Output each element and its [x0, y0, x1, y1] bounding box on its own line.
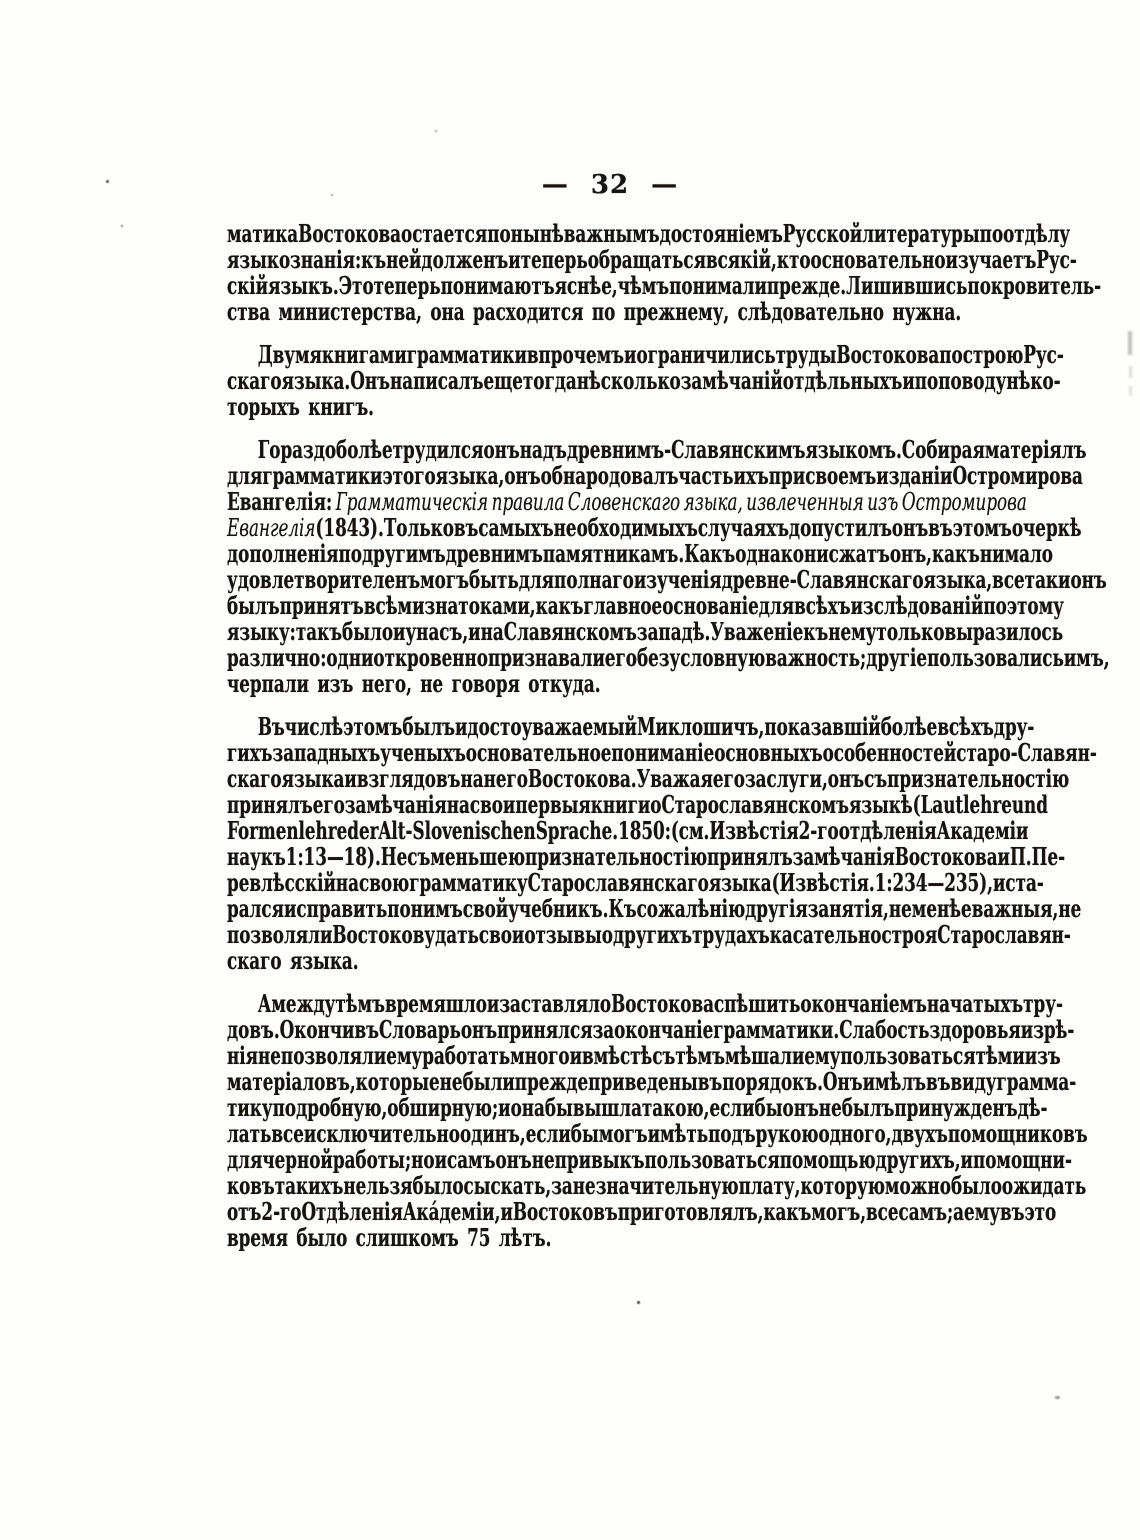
edge-smudge	[1128, 331, 1132, 355]
word: пользовались	[927, 643, 1064, 672]
word: (Извѣстія.	[772, 868, 875, 897]
word: не	[532, 1145, 555, 1174]
word: время	[227, 1223, 288, 1252]
word: какъ	[536, 591, 584, 620]
word: ни	[980, 539, 1005, 568]
word: имѣть	[648, 1119, 709, 1148]
word: учебникъ.	[508, 894, 608, 923]
word: еще	[483, 366, 522, 395]
word: отзывы	[524, 920, 601, 949]
word: онъ	[483, 435, 519, 464]
word: онъ	[828, 764, 864, 793]
word: впрочемъ	[527, 340, 624, 369]
paragraph: матикаВостоковаостаетсяпонынѣважнымъдост…	[227, 219, 1027, 323]
word: матеріаловъ,	[227, 1067, 356, 1096]
text-line: скагоязыкаивзглядовънанегоВостокова.Уваж…	[227, 764, 1027, 790]
word: грамматики.	[713, 1015, 839, 1044]
word: его	[713, 764, 745, 793]
word: черной	[262, 1145, 332, 1174]
word: грамма-	[996, 1067, 1076, 1096]
word: принялся	[497, 1015, 592, 1044]
word: особенностей	[823, 738, 957, 767]
word: позволяли	[227, 920, 332, 949]
word: Словарь	[379, 1015, 461, 1044]
word: Въ	[258, 712, 285, 741]
word: мало	[1005, 539, 1053, 568]
word: по	[983, 591, 1006, 620]
word: и	[455, 712, 467, 741]
word: плату,	[739, 1171, 801, 1200]
text-line: матеріаловъ,которыенебылипреждеприведены…	[227, 1067, 1027, 1093]
word: А	[258, 989, 272, 1018]
word: дополненія	[227, 539, 339, 568]
word: числѣ	[285, 712, 343, 741]
word: одного,	[818, 1119, 891, 1148]
word: ней	[386, 245, 421, 274]
paragraph: Гораздоболѣетрудилсяонънадъдревнимъ-Слав…	[227, 435, 1027, 695]
word: и	[393, 617, 405, 646]
word: подъ	[708, 1119, 755, 1148]
word: было	[413, 1171, 464, 1200]
word: и	[498, 1093, 510, 1122]
word: все	[866, 1197, 899, 1226]
word: 1	[286, 842, 298, 871]
word: него,	[362, 669, 412, 698]
word: прежнему,	[624, 297, 730, 326]
word: грамматики	[262, 461, 382, 490]
text-line: наукъ1:13—18).Несъменьшеюпризнательності…	[227, 842, 1027, 868]
word: могъ	[420, 565, 469, 594]
word: на	[460, 764, 483, 793]
text-line: длячернойработы;ноисамъонънепривыкъпольз…	[227, 1145, 1027, 1171]
word: Извѣстія	[709, 816, 798, 845]
word: съ	[864, 764, 887, 793]
word: тѣми	[976, 1041, 1025, 1070]
word: спѣшить	[714, 989, 800, 1018]
word: и	[487, 989, 499, 1018]
word: и	[902, 366, 914, 395]
text-line: скагоязыка.Онънаписалъещетогданѣсколькоз…	[227, 366, 1027, 392]
word: но	[411, 1145, 434, 1174]
word: говоря	[452, 669, 520, 698]
word: основательное	[466, 738, 612, 767]
word: Двумя	[258, 340, 322, 369]
word: Востокову	[332, 920, 435, 949]
word: языкъ.	[268, 271, 339, 300]
word: Гораздо	[258, 435, 336, 464]
word: помощниковъ	[948, 1119, 1088, 1148]
word: Старославянскомъ	[661, 790, 848, 819]
word: принялъ	[227, 790, 313, 819]
word: онъ	[495, 1145, 531, 1174]
ink-speck	[106, 180, 109, 183]
word: было	[296, 1223, 347, 1252]
word: матеріялъ	[985, 435, 1087, 464]
word: скій	[227, 271, 268, 300]
word: безусловную	[637, 643, 765, 672]
word: начатыхъ	[927, 989, 1023, 1018]
word: этого	[382, 461, 435, 490]
word: западѣ.	[637, 617, 710, 646]
word: (1843).	[316, 513, 384, 542]
word: откуда.	[528, 669, 600, 698]
word: за	[551, 1171, 573, 1200]
word: подробную,	[273, 1093, 388, 1122]
word: покровитель-	[967, 271, 1101, 300]
word: заставляло	[499, 989, 611, 1018]
word: мѣшали	[725, 1041, 804, 1070]
word: другихъ,	[876, 1145, 961, 1174]
word: очеркѣ	[1012, 513, 1082, 542]
word: ему	[804, 1041, 840, 1070]
word: его	[313, 790, 345, 819]
word: между	[271, 989, 335, 1018]
word: и	[500, 1197, 512, 1226]
word: если	[526, 1119, 571, 1148]
word: Какъ	[684, 539, 735, 568]
word: западныхъ	[273, 738, 381, 767]
word: помощью	[780, 1145, 876, 1174]
word: пониманіе	[611, 738, 714, 767]
word: замѣчанія	[345, 790, 447, 819]
word: въ	[454, 513, 478, 542]
word: которую	[800, 1171, 884, 1200]
word: можно	[885, 1171, 951, 1200]
word: ему	[964, 1197, 1000, 1226]
ink-speck	[637, 1301, 640, 1304]
word: Старославян-	[937, 920, 1071, 949]
word: наукъ	[227, 842, 286, 871]
word: замѣчаній	[681, 366, 783, 395]
word: Востоковъ	[513, 1197, 618, 1226]
word: сожалѣнію	[637, 894, 746, 923]
word: бы	[571, 1119, 599, 1148]
text-line: позволялиВостоковудатьсвоиотзывыодругихъ…	[227, 920, 1027, 946]
word: другимъ	[362, 539, 446, 568]
word: по	[915, 366, 938, 395]
word: гихъ	[227, 738, 273, 767]
word: книгами	[322, 340, 407, 369]
word: надъ	[520, 435, 567, 464]
text-line: былъпринятъвсѣмизнатоками,какъглавноеосн…	[227, 591, 1027, 617]
word: нія	[227, 1041, 258, 1070]
word: Евангелія:	[227, 487, 332, 516]
paragraph: ВъчислѣэтомъбылъидостоуважаемыйМиклошичъ…	[227, 712, 1027, 972]
word: тѣмъ	[675, 1041, 725, 1070]
text-line: Гораздоболѣетрудилсяонънадъдревнимъ-Слав…	[227, 435, 1027, 461]
word: обнародовалъ	[541, 461, 679, 490]
word: изслѣдованій	[851, 591, 984, 620]
word: имъ,	[1064, 643, 1110, 672]
word: принялъ	[707, 842, 793, 871]
word: по	[487, 219, 510, 248]
text-line: времябылослишкомъ75лѣтъ.	[227, 1223, 1027, 1249]
text-line: стваминистерства,онарасходитсяпопрежнему…	[227, 297, 1027, 323]
word: —	[327, 842, 344, 871]
word: нѣсколько	[577, 366, 681, 395]
word: яснѣе,	[555, 271, 618, 300]
word: Отдѣленія	[301, 1197, 402, 1226]
word: къ	[361, 245, 386, 274]
page-number: — 32 —	[210, 170, 1010, 196]
word: и	[435, 1145, 447, 1174]
word: занятія,	[808, 894, 889, 923]
word: которые	[356, 1067, 440, 1096]
word: одинъ,	[460, 1119, 526, 1148]
text-line: Евангелія(1843).Тольковъсамыхънеобходимы…	[227, 513, 1027, 539]
text-line: латьвсеисключительноодинъ,еслибымогъимѣт…	[227, 1119, 1027, 1145]
word: и	[993, 868, 1005, 897]
word: грамматики	[407, 340, 527, 369]
word: не	[258, 1041, 281, 1070]
word: бы	[755, 1093, 783, 1122]
word: 13	[304, 842, 327, 871]
word: довъ.	[227, 1015, 280, 1044]
word: не	[889, 894, 912, 923]
word: древнимъ	[446, 539, 543, 568]
word: этомъ	[953, 513, 1012, 542]
word: важныя,	[972, 894, 1059, 923]
word: книгъ.	[308, 392, 374, 421]
word: Востокова	[836, 340, 939, 369]
word: другія	[745, 894, 808, 923]
word: понимаютъ	[441, 271, 555, 300]
word: взглядовъ	[357, 764, 461, 793]
word: по	[939, 340, 962, 369]
paragraph: АмеждутѣмъвремяшлоизаставлялоВостоковасп…	[227, 989, 1027, 1249]
word: достоуважаемый	[467, 712, 637, 741]
text-line: удовлетворителенъмогъбытьдляполнагоизуче…	[227, 565, 1027, 591]
word: болѣе	[881, 712, 938, 741]
word: скаго	[227, 366, 282, 395]
word: всѣхъ	[937, 712, 993, 741]
word: долженъ	[421, 245, 508, 274]
word: изъ	[317, 669, 353, 698]
word: здоровья	[929, 1015, 1020, 1044]
text-line: торыхъкнигъ.	[227, 392, 1027, 418]
word: виду	[951, 1067, 997, 1096]
text-line: тикуподробную,обширную;ионабывышлатакою,…	[227, 1093, 1027, 1119]
word: было	[342, 617, 393, 646]
word: тѣмъ	[335, 989, 385, 1018]
text-line: ревлѣсскійнасвоюграмматикуСтарославянска…	[227, 868, 1027, 894]
word: Уважая	[637, 764, 713, 793]
word: принятъ	[280, 591, 364, 620]
word: торыхъ	[227, 392, 300, 421]
word: были	[463, 1067, 515, 1096]
word: ограничились	[636, 340, 775, 369]
word: его	[605, 643, 637, 672]
word: Слабость	[839, 1015, 929, 1044]
word: откровенно	[373, 643, 488, 672]
word: расходится	[473, 297, 583, 326]
word: могъ,	[811, 1197, 866, 1226]
word: заслуги,	[745, 764, 828, 793]
word: Онъ	[350, 366, 390, 395]
ink-speck	[121, 225, 123, 227]
word: Миклошичъ,	[637, 712, 764, 741]
word: о	[650, 790, 661, 819]
word: древнимъ-Славянскимъ	[567, 435, 806, 464]
text-block: матикаВостоковаостаетсяпонынѣважнымъдост…	[227, 219, 1027, 1249]
word: по	[387, 894, 410, 923]
word: скаго	[227, 764, 282, 793]
word: изданіи	[876, 461, 952, 490]
word: и	[961, 1145, 973, 1174]
word: дру-	[994, 712, 1035, 741]
word: лать	[227, 1119, 271, 1148]
edge-smudge	[1129, 366, 1132, 378]
word: приготовлялъ,	[618, 1197, 764, 1226]
word: Остромирова	[952, 461, 1082, 490]
word: онъ	[461, 1015, 497, 1044]
word: Окончивъ	[280, 1015, 379, 1044]
word: тику	[227, 1093, 273, 1122]
word: Не	[381, 842, 407, 871]
word: трудахъ	[692, 920, 770, 949]
word: П.	[1010, 842, 1032, 871]
word: 2-го	[261, 1197, 301, 1226]
word: работы;	[333, 1145, 411, 1174]
word: Собирая	[902, 435, 985, 464]
word: и	[1021, 1015, 1033, 1044]
word: какъ	[932, 539, 980, 568]
text-line: дляграмматикиэтогоязыка,онъобнародовалъч…	[227, 461, 1027, 487]
word: языка.	[290, 946, 359, 975]
word: этому	[1007, 591, 1064, 620]
word: не	[819, 1093, 842, 1122]
word: необходимыхъ	[554, 513, 698, 542]
word: и	[570, 1041, 582, 1070]
word: Русской	[783, 219, 862, 248]
word: самъ	[447, 1145, 495, 1174]
word: было	[951, 1171, 1002, 1200]
word: языкѣ	[849, 790, 913, 819]
word: черпали	[227, 669, 309, 698]
ink-speck	[1055, 1396, 1060, 1399]
word: старо-Славян-	[956, 738, 1097, 767]
word: а	[953, 1197, 964, 1226]
word: былъ	[402, 712, 455, 741]
word: бы	[545, 1093, 573, 1122]
word: книги	[591, 790, 650, 819]
word: самыхъ	[478, 513, 553, 542]
word: одни	[326, 643, 373, 672]
word: 1850:	[618, 816, 671, 845]
text-line: ВъчислѣэтомъбылъидостоуважаемыйМиклошичъ…	[227, 712, 1027, 738]
word: шло	[446, 989, 487, 1018]
word-italic: языка,	[684, 488, 743, 516]
word: основаніе	[662, 591, 759, 620]
word: нельзя	[343, 1171, 412, 1200]
word: 2-го	[799, 816, 839, 845]
word: Пе-	[1032, 842, 1065, 871]
word: обширную;	[387, 1093, 498, 1122]
word: важность;	[765, 643, 866, 672]
word: и	[344, 764, 356, 793]
text-line: АмеждутѣмъвремяшлоизаставлялоВостоковасп…	[227, 989, 1027, 1015]
word: свою	[359, 868, 409, 897]
word: быть	[469, 565, 519, 594]
word: только	[876, 617, 944, 646]
word: Это	[339, 271, 374, 300]
word: она	[511, 1093, 545, 1122]
word: Востокова	[298, 219, 401, 248]
word: въ	[1000, 1197, 1024, 1226]
word: грамматику	[409, 868, 527, 897]
word: помощни-	[973, 1145, 1072, 1174]
text-line: ковътакихънельзябылосыскать,занезначител…	[227, 1171, 1027, 1197]
text-line: принялъегозамѣчаніянасвоипервыякнигиоСта…	[227, 790, 1027, 816]
word: тру-	[1023, 989, 1063, 1018]
text-line: ніянепозволялиемуработатьмногоивмѣстѣсът…	[227, 1041, 1027, 1067]
word: другіе	[866, 643, 927, 672]
word: и	[508, 245, 520, 274]
word: обращаться	[588, 245, 706, 274]
word: своемъ	[805, 461, 876, 490]
word: нужна.	[892, 297, 961, 326]
word: замѣчанія	[793, 842, 895, 871]
word: слѣдовательно	[738, 297, 884, 326]
word: Славянскомъ	[504, 617, 637, 646]
word: къ	[803, 617, 828, 646]
word: и	[468, 617, 480, 646]
word: по	[339, 539, 362, 568]
word: вмѣстѣ	[582, 1041, 652, 1070]
word: нимъ	[411, 894, 463, 923]
word: сыскать,	[463, 1171, 551, 1200]
word: ковъ	[227, 1171, 275, 1200]
word: былъ	[227, 591, 280, 620]
word: исключительно	[304, 1119, 460, 1148]
word: памятникамъ.	[543, 539, 684, 568]
text-line: ралсяисправитьпонимъсвойучебникъ.Късожал…	[227, 894, 1027, 920]
word: Старославянскаго	[528, 868, 709, 897]
word: если	[709, 1093, 754, 1122]
word: изъ	[1025, 1041, 1061, 1070]
word: 18).	[344, 842, 381, 871]
word: онъ	[504, 461, 540, 490]
word: ревлѣсскій	[227, 868, 336, 897]
word: ства	[227, 297, 270, 326]
word: рался	[227, 894, 284, 923]
word: слишкомъ	[356, 1223, 459, 1252]
word: по	[980, 219, 1003, 248]
text-line: довъ.ОкончивъСловарьонъпринялсязаокончан…	[227, 1015, 1027, 1041]
word: (см.	[671, 816, 710, 845]
word: всякій,	[706, 245, 777, 274]
word: древне-Славянскаго	[722, 565, 924, 594]
word: ста-	[1005, 868, 1043, 897]
word: языкомъ.	[805, 435, 901, 464]
text-line: FormenlehrederAlt-SlovenischenSprache.18…	[227, 816, 1027, 842]
word: съ	[407, 842, 430, 871]
word-italic: извлеченныя	[746, 488, 863, 516]
word: привыкъ	[555, 1145, 645, 1174]
word: чѣмъ	[618, 271, 669, 300]
word: языка.	[282, 366, 351, 395]
word-italic: Грамматическія	[336, 488, 488, 516]
word: нѣко-	[1006, 366, 1060, 395]
word: признавали	[488, 643, 605, 672]
word: ученыхъ	[380, 738, 466, 767]
word: языку:	[227, 617, 296, 646]
word: Рус-	[1023, 340, 1063, 369]
edge-smudge	[1129, 386, 1132, 396]
word: Онъ	[823, 1067, 863, 1096]
ink-speck	[331, 194, 333, 196]
word: 235),	[944, 868, 993, 897]
